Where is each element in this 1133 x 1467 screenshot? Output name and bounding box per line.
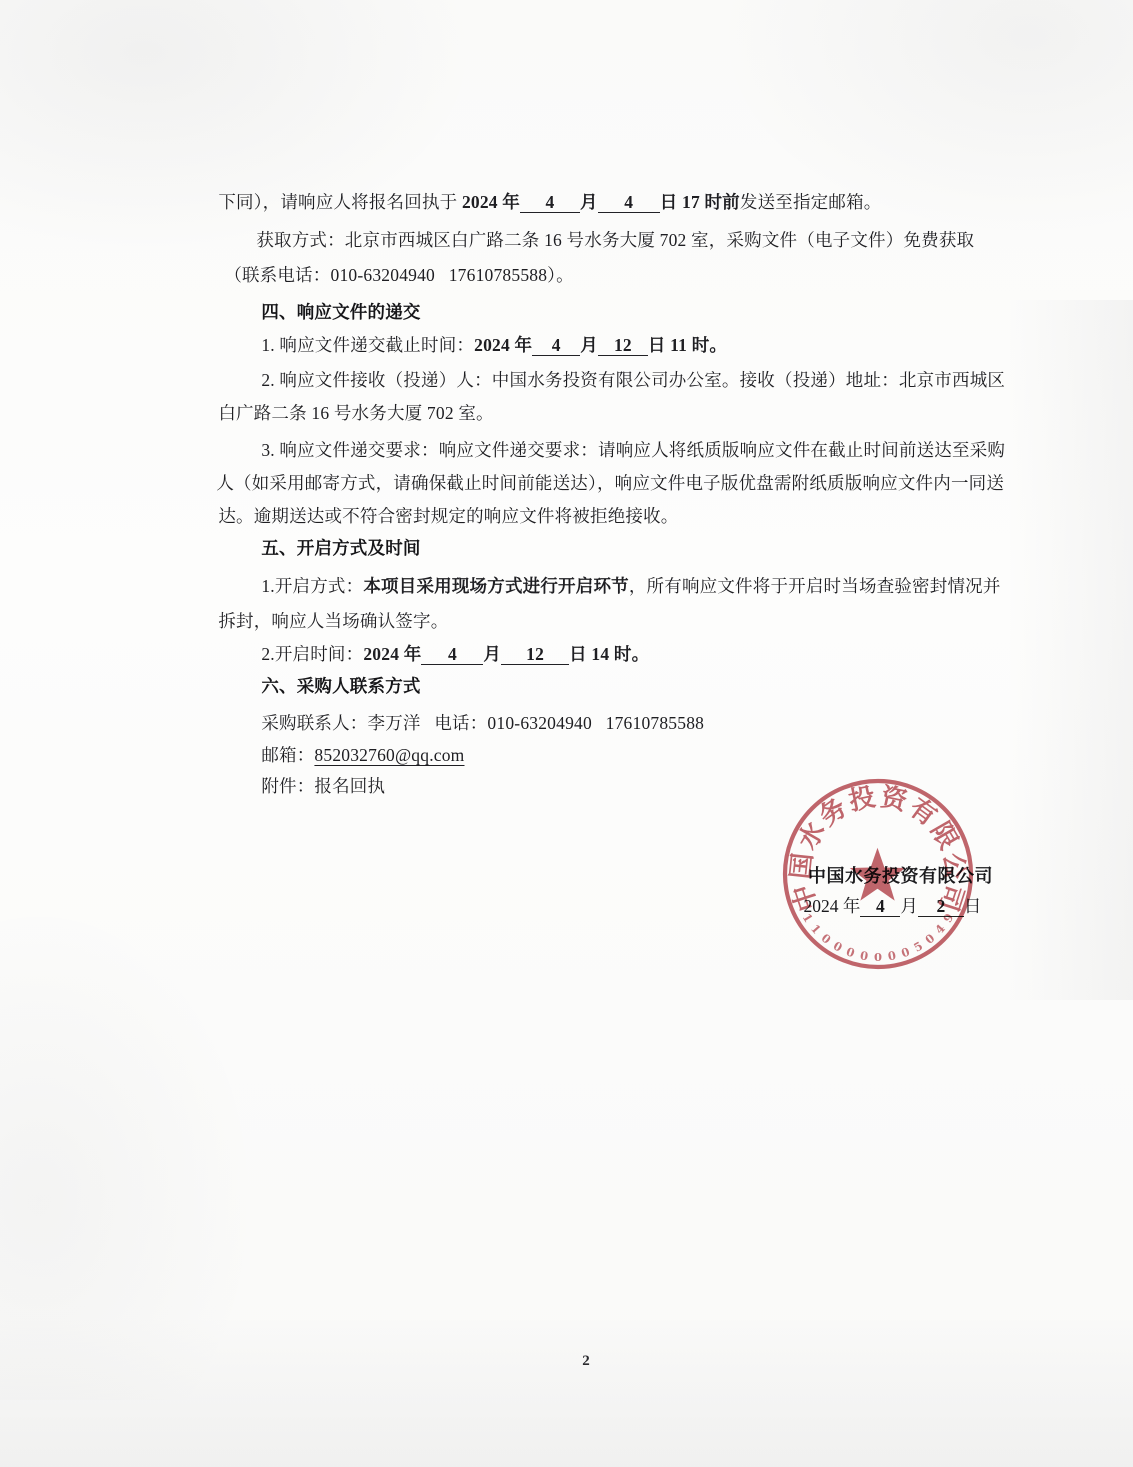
seal-overlay-date: 2024 年4月2日 — [786, 872, 981, 939]
blank-field: 4 — [421, 644, 483, 665]
date-segment: 日 14 时。 — [569, 644, 649, 664]
seal-serial-digit: 0 — [859, 948, 869, 963]
document-page: 下同），请响应人将报名回执于 2024 年4月4日 17 时前发送至指定邮箱。 … — [0, 0, 1133, 1467]
seal-arc-char: 资 — [878, 781, 911, 816]
scan-shadow — [0, 900, 260, 1400]
seal-arc-char: 投 — [846, 781, 878, 816]
text-segment: 附件：报名回执 — [261, 776, 385, 796]
seal-serial-digit: 0 — [844, 944, 856, 960]
date-segment: 2024 年 — [804, 896, 861, 916]
scan-shadow — [0, 1287, 1133, 1467]
seal-serial-digit: 5 — [911, 939, 925, 955]
date-segment: 月 — [900, 896, 918, 916]
line-attachment: 附件：报名回执 — [243, 750, 385, 822]
page-number: 2 — [566, 1353, 606, 1370]
date-segment: 日 — [964, 896, 982, 916]
blank-field: 12 — [501, 644, 569, 665]
seal-serial-digit: 0 — [899, 944, 911, 960]
seal-serial-digit: 0 — [831, 939, 845, 955]
seal-serial-digit: 0 — [887, 948, 897, 963]
text-segment: ，所有响应文件将于开启时当场查验密封情况并 — [629, 576, 1001, 596]
blank-field: 2 — [918, 896, 964, 917]
date-segment: 月 — [483, 644, 501, 664]
blank-field: 4 — [860, 896, 900, 917]
seal-serial-digit: 0 — [874, 950, 882, 964]
